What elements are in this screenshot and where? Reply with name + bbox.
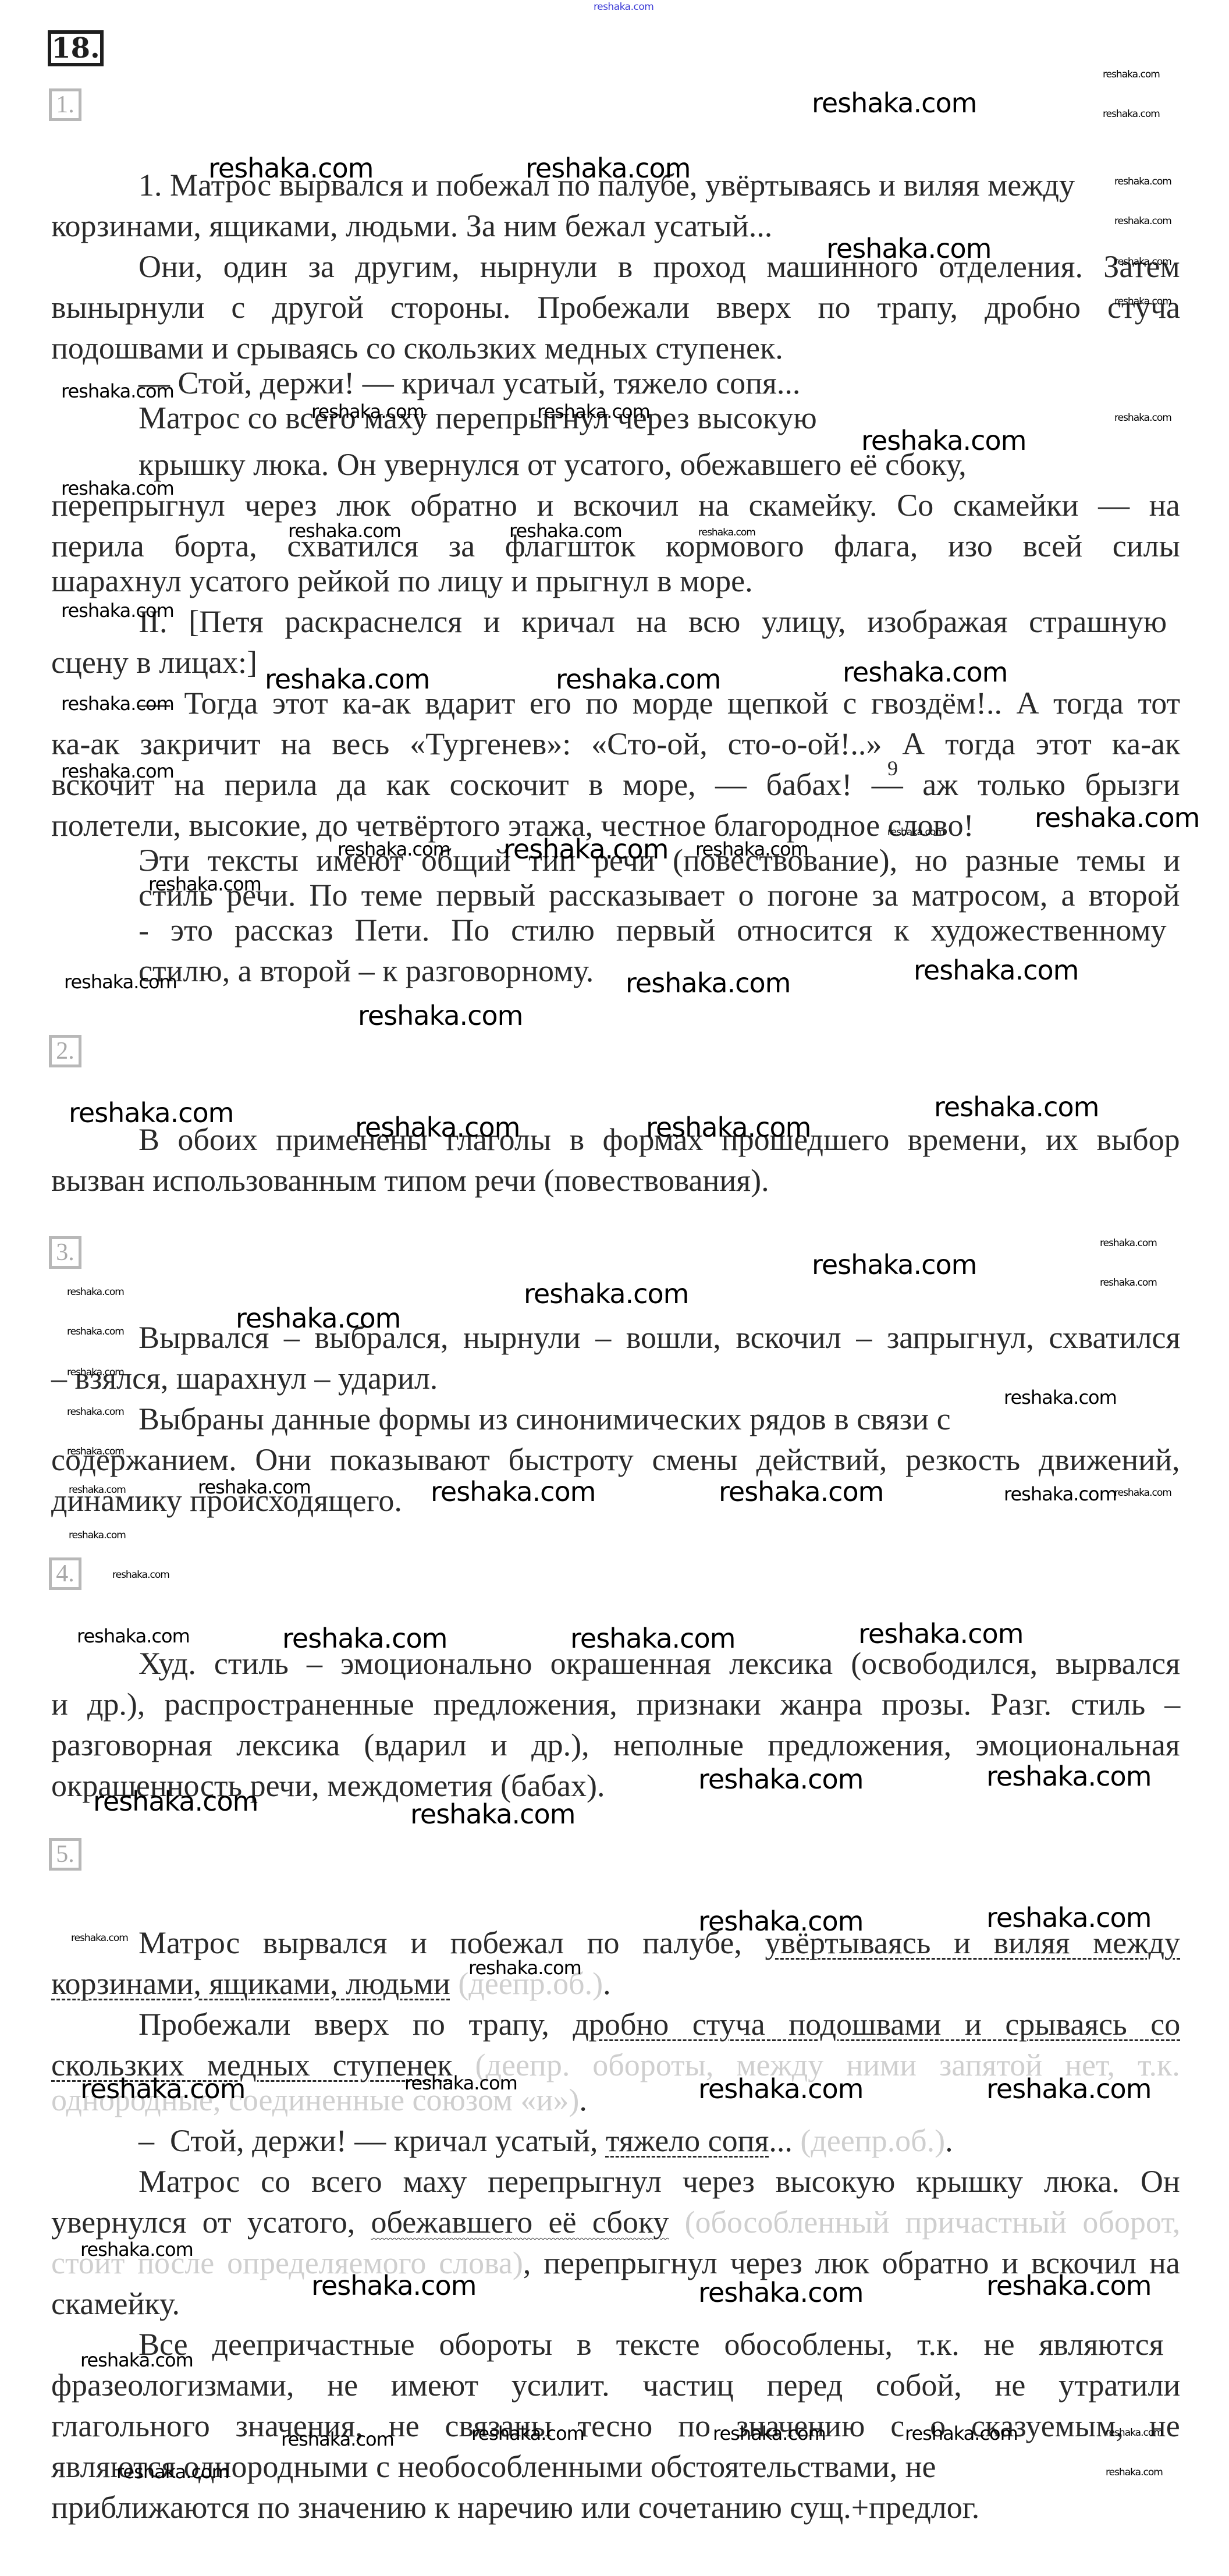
watermark: reshaka.com xyxy=(69,1530,126,1541)
watermark: reshaka.com xyxy=(1004,1483,1117,1505)
watermark: reshaka.com xyxy=(556,663,720,695)
watermark: reshaka.com xyxy=(713,2422,826,2444)
watermark: reshaka.com xyxy=(61,693,174,715)
watermark: reshaka.com xyxy=(288,520,401,542)
watermark: reshaka.com xyxy=(1114,256,1171,268)
watermark: reshaka.com xyxy=(69,1097,233,1129)
watermark: reshaka.com xyxy=(236,1303,400,1334)
text-line: сцену в лицах:] xyxy=(51,645,257,680)
watermark: reshaka.com xyxy=(61,760,174,782)
text-span: ... xyxy=(769,2123,793,2158)
watermark: reshaka.com xyxy=(69,1484,126,1496)
watermark: reshaka.com xyxy=(208,152,373,184)
watermark: reshaka.com xyxy=(112,1569,169,1581)
watermark: reshaka.com xyxy=(1035,802,1199,833)
watermark: reshaka.com xyxy=(281,2428,394,2450)
watermark: reshaka.com xyxy=(698,2073,863,2105)
text-span: Стой, держи! — кричал усатый, xyxy=(170,2123,606,2158)
watermark: reshaka.com xyxy=(64,971,177,993)
watermark: reshaka.com xyxy=(503,833,668,865)
text-line: подошвами и срываясь со скользких медных… xyxy=(51,331,783,366)
watermark: reshaka.com xyxy=(986,1761,1151,1792)
watermark: reshaka.com xyxy=(826,233,991,264)
text-line: стилю, а второй – к разговорному. xyxy=(138,953,594,988)
text-span: . xyxy=(603,1966,611,2001)
watermark: reshaka.com xyxy=(67,1406,124,1418)
text-line: корзинами, ящиками, людьми. За ним бежал… xyxy=(51,208,772,243)
watermark: reshaka.com xyxy=(1103,69,1160,80)
text-line: содержанием. Они показывают быстроту сме… xyxy=(51,1442,1180,1477)
task-number-badge: 18. xyxy=(48,30,104,66)
text-line: II. [Петя раскраснелся и кричал на всю у… xyxy=(138,604,1167,639)
adverbial-participle-phrase: тяжело сопя xyxy=(606,2123,769,2158)
text-line: ка-ак закричит на весь «Тургенев»: «Сто-… xyxy=(51,726,1180,761)
watermark: reshaka.com xyxy=(812,87,976,119)
watermark: reshaka.com xyxy=(646,1112,811,1143)
watermark: reshaka.com xyxy=(355,1112,520,1143)
dialogue-line: — Стой, держи! — кричал усатый, тяжело с… xyxy=(138,366,800,400)
text-span: Пробежали вверх по трапу, xyxy=(138,2007,573,2042)
watermark: reshaka.com xyxy=(905,2422,1018,2444)
watermark: reshaka.com xyxy=(67,1367,124,1378)
text-span: Матрос вырвался и побежал по палубе, xyxy=(138,1925,765,1960)
watermark: reshaka.com xyxy=(570,1623,735,1654)
watermark: reshaka.com xyxy=(1114,296,1171,307)
watermark: reshaka.com xyxy=(843,657,1007,688)
text-line: Все деепричастные обороты в тексте обосо… xyxy=(138,2327,1164,2362)
watermark: reshaka.com xyxy=(358,1000,523,1031)
text-line: – взялся, шарахнул – ударил. xyxy=(51,1361,438,1396)
text-line: Матрос со всего маху перепрыгнул через в… xyxy=(138,2164,1180,2199)
watermark: reshaka.com xyxy=(1106,2427,1163,2439)
watermark: reshaka.com xyxy=(524,1278,688,1310)
watermark: reshaka.com xyxy=(695,838,808,860)
document-page: reshaka.com 18. 1. 1. Матрос вырвался и … xyxy=(0,0,1229,2576)
watermark: reshaka.com xyxy=(67,1326,124,1337)
watermark: reshaka.com xyxy=(1106,2467,1163,2478)
section-label-2: 2. xyxy=(49,1035,81,1067)
watermark: reshaka.com xyxy=(431,1476,595,1507)
text-line: Матрос со всего маху перепрыгнул через в… xyxy=(138,400,817,435)
watermark: reshaka.com xyxy=(861,425,1026,456)
watermark: reshaka.com xyxy=(282,1623,447,1654)
watermark: reshaka.com xyxy=(1004,1386,1117,1408)
watermark: reshaka.com xyxy=(1114,1487,1171,1499)
text-line: фразеологизмами, не имеют усилит. частиц… xyxy=(51,2368,1180,2403)
watermark: reshaka.com xyxy=(537,400,650,423)
text-line: и др.), распространенные предложения, пр… xyxy=(51,1687,1180,1722)
watermark: reshaka.com xyxy=(525,152,690,184)
watermark: reshaka.com xyxy=(698,1764,863,1795)
watermark: reshaka.com xyxy=(887,826,944,838)
watermark: reshaka.com xyxy=(509,520,622,542)
text-line: крышку люка. Он увернулся от усатого, об… xyxy=(138,447,967,482)
text-line: Они, один за другим, нырнули в проход ма… xyxy=(138,249,1180,284)
watermark: reshaka.com xyxy=(986,2270,1151,2301)
watermark: reshaka.com xyxy=(812,1249,976,1280)
text-line: перепрыгнул через люк обратно и вскочил … xyxy=(51,488,1180,523)
watermark: reshaka.com xyxy=(410,1798,575,1830)
text-line: вынырнули с другой стороны. Пробежали вв… xyxy=(51,290,1180,325)
section-label-4: 4. xyxy=(49,1557,81,1590)
watermark: reshaka.com xyxy=(404,2072,517,2094)
watermark: reshaka.com xyxy=(1114,176,1171,187)
watermark: reshaka.com xyxy=(626,967,790,999)
watermark: reshaka.com xyxy=(986,2073,1151,2105)
watermark: reshaka.com xyxy=(858,1618,1023,1649)
watermark: reshaka.com xyxy=(468,1957,581,1979)
grammar-note: (деепр.об.) xyxy=(793,2123,945,2158)
watermark: reshaka.com xyxy=(719,1476,883,1507)
watermark: reshaka.com xyxy=(698,1906,863,1937)
adverbial-participle-phrase: корзинами, ящиками, людьми xyxy=(51,1966,450,2001)
watermark: reshaka.com xyxy=(77,1625,190,1647)
watermark: reshaka.com xyxy=(311,400,424,423)
watermark: reshaka.com xyxy=(1114,412,1171,424)
watermark: reshaka.com xyxy=(471,2422,584,2444)
watermark: reshaka.com xyxy=(80,2238,193,2261)
grammar-note: (обособленный причастный оборот, xyxy=(669,2205,1180,2240)
text-line: – Стой, держи! — кричал усатый, тяжело с… xyxy=(138,2123,953,2158)
text-line: вскочит на перила да как соскочит в море… xyxy=(51,767,1180,802)
dash: – xyxy=(138,2123,154,2158)
text-line: Пробежали вверх по трапу, дробно стуча п… xyxy=(138,2007,1180,2042)
text-line: стиль речи. По теме первый рассказывает … xyxy=(138,878,1180,913)
watermark: reshaka.com xyxy=(61,380,174,402)
watermark: reshaka.com xyxy=(1103,108,1160,120)
watermark: reshaka.com xyxy=(1100,1277,1157,1289)
watermark: reshaka.com xyxy=(1100,1237,1157,1249)
text-span: . xyxy=(579,2082,587,2117)
watermark: reshaka.com xyxy=(80,2349,193,2371)
watermark: reshaka.com xyxy=(67,1286,124,1298)
watermark: reshaka.com xyxy=(80,2073,245,2105)
watermark: reshaka.com xyxy=(986,1902,1151,1933)
text-line: увернулся от усатого, обежавшего её сбок… xyxy=(51,2205,1180,2240)
watermark: reshaka.com xyxy=(1114,215,1171,227)
watermark: reshaka.com xyxy=(698,2277,863,2308)
watermark: reshaka.com xyxy=(934,1091,1099,1123)
participle-phrase: обежавшего её сбоку xyxy=(371,2205,669,2240)
section-label-5: 5. xyxy=(49,1838,81,1871)
section-label-1: 1. xyxy=(49,88,81,121)
watermark: reshaka.com xyxy=(265,663,429,695)
text-line: шарахнул усатого рейкой по лицу и прыгну… xyxy=(51,563,753,598)
watermark: reshaka.com xyxy=(914,955,1078,986)
watermark: reshaka.com xyxy=(61,477,174,499)
watermark: reshaka.com xyxy=(311,2270,476,2301)
text-line: вызван использованным типом речи (повест… xyxy=(51,1163,769,1198)
text-line: разговорная лексика (вдарил и др.), непо… xyxy=(51,1727,1180,1762)
text-line: приближаются по значению к наречию или с… xyxy=(51,2490,979,2525)
text-line: скамейку. xyxy=(51,2286,180,2321)
text-line: - это рассказ Пети. По стилю первый отно… xyxy=(138,913,1167,948)
watermark: reshaka.com xyxy=(116,2461,229,2483)
section-label-3: 3. xyxy=(49,1236,81,1269)
watermark: reshaka.com xyxy=(93,1786,258,1817)
watermark: reshaka.com xyxy=(198,1476,311,1498)
watermark: reshaka.com xyxy=(338,838,450,860)
watermark: reshaka.com xyxy=(67,1446,124,1457)
adverbial-participle-phrase: дробно стуча подошвами и срываясь со xyxy=(573,2007,1180,2042)
watermark: reshaka.com xyxy=(61,599,174,622)
text-line: Выбраны данные формы из синонимических р… xyxy=(138,1401,951,1436)
watermark: reshaka.com xyxy=(148,873,261,895)
watermark: reshaka.com xyxy=(71,1932,128,1944)
watermark: reshaka.com xyxy=(698,527,755,538)
text-span: увернулся от усатого, xyxy=(51,2205,371,2240)
text-span: . xyxy=(945,2123,953,2158)
site-watermark-header[interactable]: reshaka.com xyxy=(594,1,653,13)
